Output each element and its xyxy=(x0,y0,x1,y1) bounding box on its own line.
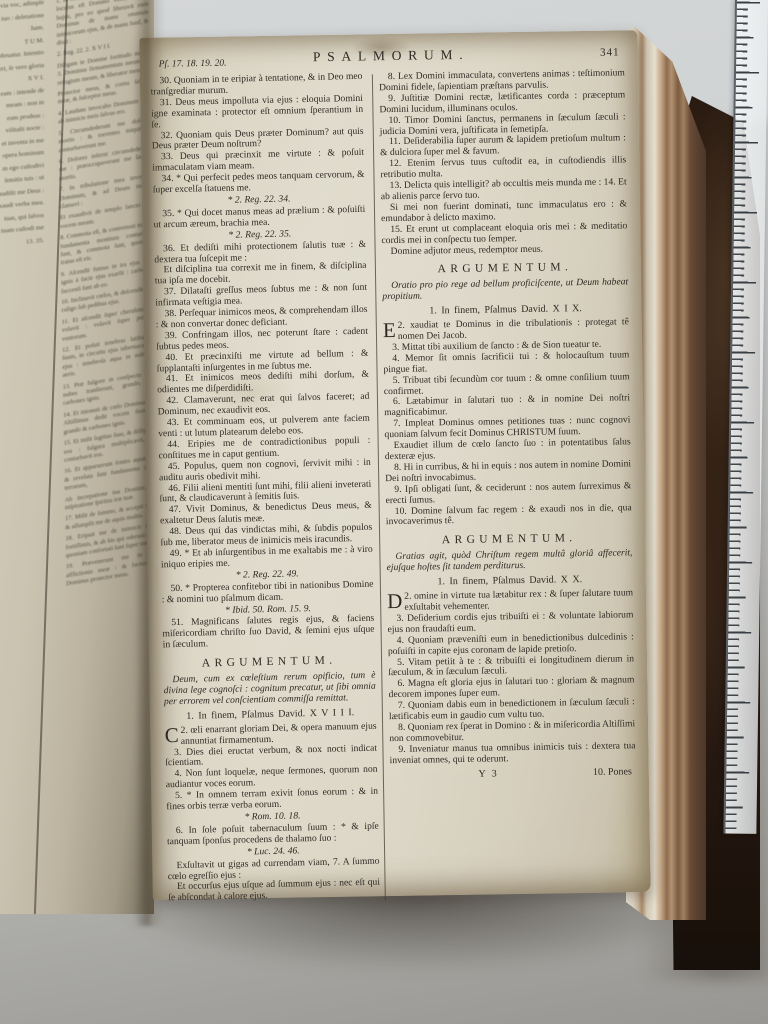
fragment-line: opera hominum xyxy=(0,148,44,162)
fragment-line: u tuo : deletatione xyxy=(0,11,44,25)
verse-paragraph: 6. In ſole poſuit tabernaculum ſuum : * … xyxy=(167,822,379,848)
argumentum-heading: ARGUMENTUM. xyxy=(163,654,375,671)
fragment-line: T U M. xyxy=(0,36,44,50)
summary-line: Gratias agit, quòd Chriſtum regem multâ … xyxy=(386,549,632,575)
verse-paragraph: 35. * Qui docet manus meas ad prælium : … xyxy=(153,205,365,231)
summary-line: Oratio pro pio rege ad bellum proficiſce… xyxy=(382,278,628,304)
fragment-line: audiſti me Deus : xyxy=(0,186,44,200)
argumentum-heading: ARGUMENTUM. xyxy=(386,532,632,548)
previous-page-edge: via voc, adimpleu tuo : deletationeham.T… xyxy=(0,0,154,914)
fragment-line: eri, ſe vero gloria xyxy=(0,61,44,75)
fragment-line: eum prodeas : xyxy=(0,111,44,125)
fragment-line: exaudi verba mea. xyxy=(0,198,44,212)
fragment-line: ſemitis tuis : ut xyxy=(0,173,44,187)
verse-paragraph: 5. * In omnem terram exivit ſonus eorum … xyxy=(166,787,378,813)
fragment-line: m ego cuſtodivi xyxy=(0,161,44,175)
left-page-outer-column: via voc, adimpleu tuo : deletationeham.T… xyxy=(0,0,44,252)
verse-paragraph: 50. * Propterea confitebor tibi in natio… xyxy=(161,579,373,605)
summary-line: Deum, cum ex cœleſtium rerum opificio, t… xyxy=(163,671,376,708)
verse-paragraph: Et occurſus ejus uſque ad ſummum ejus : … xyxy=(168,878,380,904)
verse-paragraph: 51. Magnificans ſalutes regis ejus, & fa… xyxy=(162,614,375,651)
page-number: 341 xyxy=(600,46,620,58)
verse-paragraph: 49. * Et ab inſurgentibus in me exaltabi… xyxy=(161,545,373,571)
text-column-left: 30. Quoniam in te eripiar à tentatione, … xyxy=(150,72,380,905)
fragment-line: meam : non in xyxy=(0,98,44,112)
text-column-right: 8. Lex Domini immaculata, convertens ani… xyxy=(379,68,638,900)
signature-mark: Y 3 xyxy=(478,769,499,780)
fragment-line: ham. xyxy=(0,23,44,37)
verse-paragraph: 34. * Qui perfecit pedes meos tanquam ce… xyxy=(152,170,364,196)
verse-paragraph: 9. Inveniatur manus tua omnibus inimicis… xyxy=(389,741,635,767)
drop-cap: E xyxy=(383,321,398,340)
drop-cap: C xyxy=(165,726,181,745)
fragment-line: eam : intende de xyxy=(0,86,44,100)
catchword: 10. Pones xyxy=(593,767,632,779)
running-title: PSALMORUM. xyxy=(152,44,629,67)
fragment-line: obruatur. Intentio xyxy=(0,48,44,62)
fragment-line: X V I. xyxy=(0,73,44,87)
fragment-line: tuam cuſtodi me xyxy=(0,223,44,237)
photo-scene: via voc, adimpleu tuo : deletationeham.T… xyxy=(0,0,768,1024)
fragment-line: 13. 35. xyxy=(0,236,44,250)
verse-paragraph: Domine adjutor meus, redemptor meus. xyxy=(382,243,628,258)
fragment-line: et inventa in me xyxy=(0,136,44,150)
page-footer: Y 310. Pones xyxy=(390,767,636,787)
book-page: Pſ. 17. 18. 19. 20. PSALMORUM. 341 30. Q… xyxy=(139,30,650,900)
text-columns: 30. Quoniam in te eripiar à tentatione, … xyxy=(153,68,643,904)
drop-cap: D xyxy=(387,592,404,611)
argumentum-heading: ARGUMENTUM. xyxy=(382,261,628,277)
fragment-line: viſitaſti nocte : xyxy=(0,123,44,137)
verse-paragraph: 31. Deus meus impolluta via ejus : eloqu… xyxy=(151,94,364,131)
verse-paragraph: 10. Domine ſalvum fac regem : & exaudi n… xyxy=(386,503,632,529)
page-content: Pſ. 17. 18. 19. 20. PSALMORUM. 341 30. Q… xyxy=(139,30,650,900)
fragment-line: tuas, qui ſalvos xyxy=(0,211,44,225)
